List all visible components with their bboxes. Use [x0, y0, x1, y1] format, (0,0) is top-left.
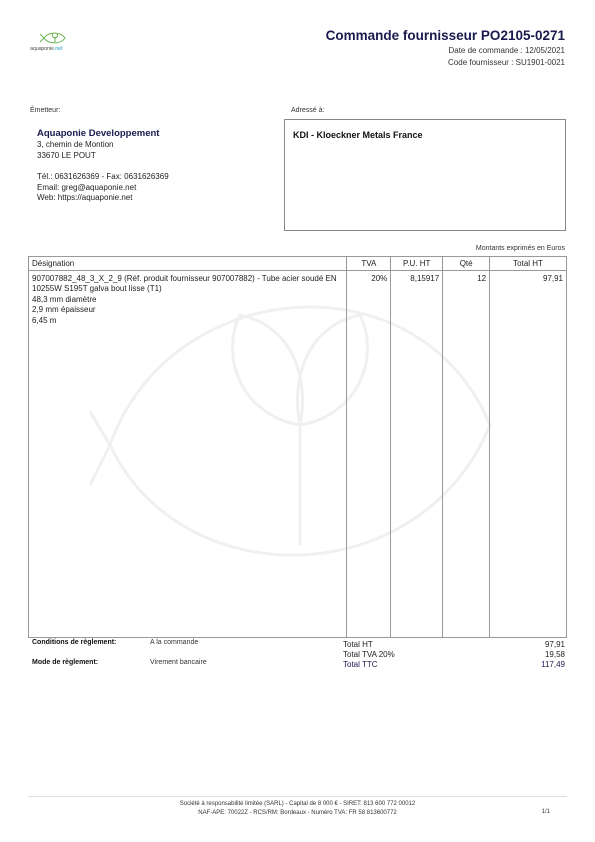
cell-tva: 20% [347, 271, 391, 638]
footer-line1: Société à responsabilité limitée (SARL) … [28, 800, 567, 809]
sender-block: Aquaponie Developpement 3, chemin de Mon… [37, 128, 169, 204]
cell-designation: 907007882_48_3_X_2_9 (Réf. produit fourn… [29, 271, 347, 638]
designation-line: 6,45 m [32, 316, 343, 326]
sender-label: Émetteur: [30, 107, 60, 114]
designation-line: 2,9 mm épaisseur [32, 305, 343, 315]
total-value: 117,49 [541, 660, 565, 670]
designation-line: 907007882_48_3_X_2_9 (Réf. produit fourn… [32, 274, 343, 295]
order-lines-table: Désignation TVA P.U. HT Qté Total HT 907… [28, 256, 567, 638]
recipient-name: KDI - Kloeckner Metals France [293, 130, 423, 140]
total-label: Total TTC [343, 660, 378, 670]
logo-text-suffix: .net [54, 46, 62, 52]
payment-mode-label: Mode de règlement: [32, 659, 98, 666]
sender-name: Aquaponie Developpement [37, 128, 169, 140]
recipient-label: Adressé à: [291, 107, 324, 114]
logo-text-main: aquaponie [30, 46, 54, 52]
supplier-code: Code fournisseur : SU1901-0021 [448, 58, 565, 67]
cell-pu-ht: 8,15917 [391, 271, 443, 638]
payment-terms-value: A la commande [150, 639, 198, 646]
currency-note: Montants exprimés en Euros [476, 245, 565, 252]
total-value: 19,58 [545, 650, 565, 660]
sender-address1: 3, chemin de Montion [37, 140, 169, 151]
cell-total-ht: 97,91 [490, 271, 567, 638]
col-qty: Qté [443, 257, 490, 271]
total-label: Total TVA 20% [343, 650, 395, 660]
col-pu-ht: P.U. HT [391, 257, 443, 271]
sender-address2: 33670 LE POUT [37, 151, 169, 162]
company-logo: aquaponie.net [30, 30, 90, 58]
col-designation: Désignation [29, 257, 347, 271]
footer-line2: NAF-APE: 70022Z - RCS/RM: Bordeaux - Num… [28, 809, 567, 818]
fish-sprout-logo-icon [30, 30, 90, 46]
payment-terms-label: Conditions de règlement: [32, 639, 116, 646]
total-ttc-row: Total TTC 117,49 [343, 660, 565, 670]
sender-phone-fax: Tél.: 0631626369 - Fax: 0631626369 [37, 172, 169, 183]
footer-divider [28, 796, 567, 797]
designation-line: 48,3 mm diamètre [32, 295, 343, 305]
total-label: Total HT [343, 640, 373, 650]
recipient-box: KDI - Kloeckner Metals France [284, 119, 566, 231]
col-total-ht: Total HT [490, 257, 567, 271]
totals-block: Total HT 97,91 Total TVA 20% 19,58 Total… [343, 640, 565, 670]
payment-mode-value: Virement bancaire [150, 659, 207, 666]
table-header-row: Désignation TVA P.U. HT Qté Total HT [29, 257, 567, 271]
cell-qty: 12 [443, 271, 490, 638]
total-value: 97,91 [545, 640, 565, 650]
sender-email: Email: greg@aquaponie.net [37, 183, 169, 194]
table-row: 907007882_48_3_X_2_9 (Réf. produit fourn… [29, 271, 567, 638]
sender-web: Web: https://aquaponie.net [37, 193, 169, 204]
document-title: Commande fournisseur PO2105-0271 [326, 28, 565, 43]
footer-legal: Société à responsabilité limitée (SARL) … [28, 800, 567, 818]
col-tva: TVA [347, 257, 391, 271]
total-tva-row: Total TVA 20% 19,58 [343, 650, 565, 660]
order-date: Date de commande : 12/05/2021 [448, 46, 565, 55]
total-ht-row: Total HT 97,91 [343, 640, 565, 650]
page-number: 1/1 [542, 809, 550, 815]
